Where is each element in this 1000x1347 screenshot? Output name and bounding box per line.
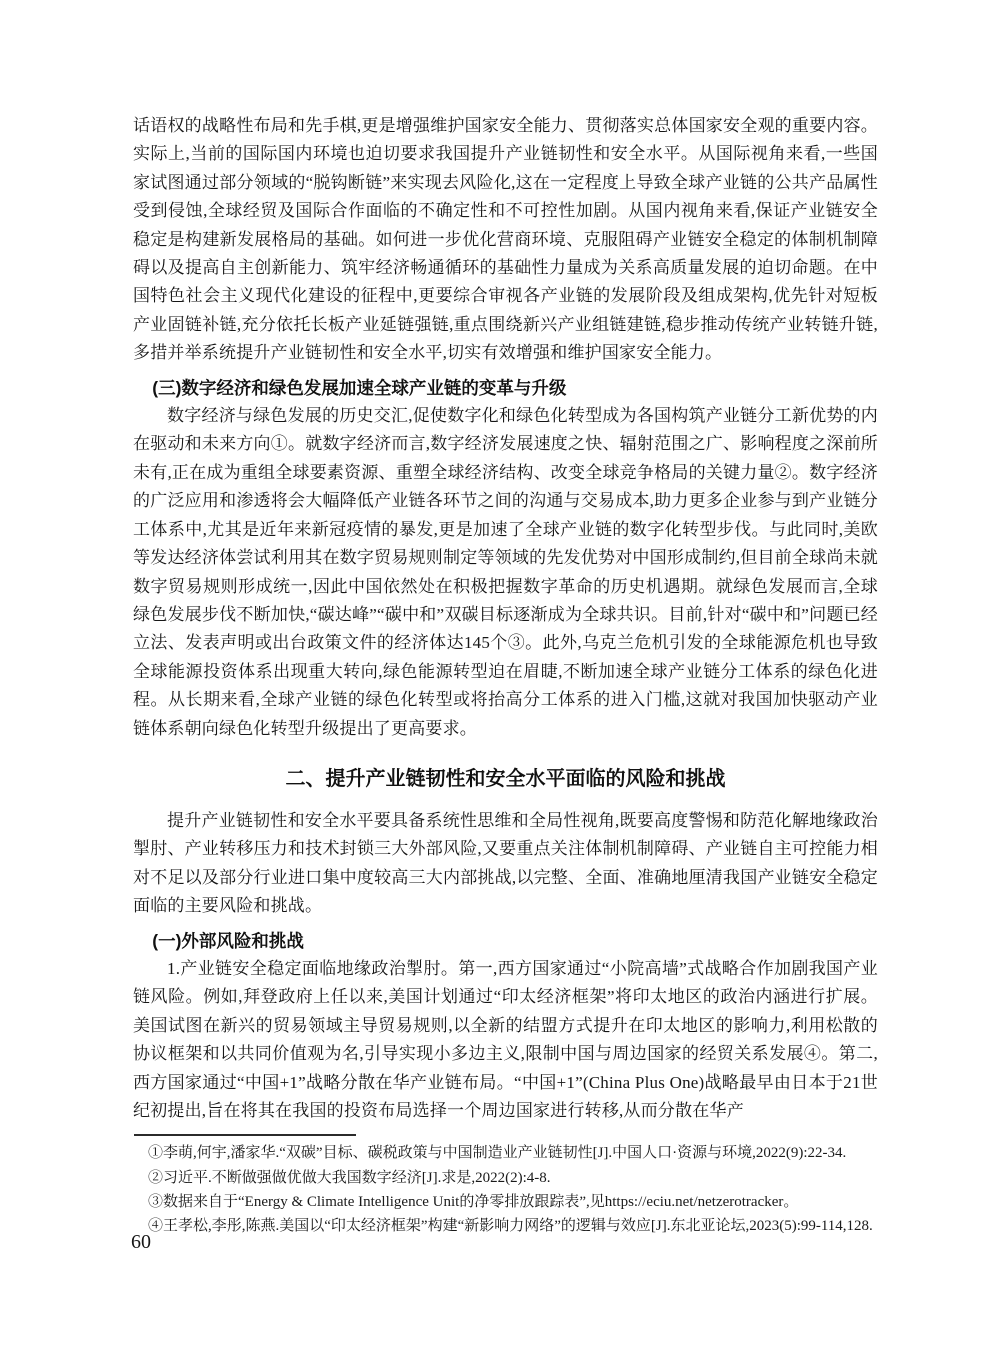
footnote-1: ①李萌,何宇,潘家华.“双碳”目标、碳税政策与中国制造业产业链韧性[J].中国人… xyxy=(133,1141,878,1165)
footnote-4: ④王孝松,李彤,陈燕.美国以“印太经济框架”构建“新影响力网络”的逻辑与效应[J… xyxy=(133,1214,878,1238)
section-heading-risks-challenges: 二、提升产业链韧性和安全水平面临的风险和挑战 xyxy=(133,764,878,794)
subsection-heading-digital-green: (三)数字经济和绿色发展加速全球产业链的变革与升级 xyxy=(133,374,878,402)
footnote-separator xyxy=(134,1134,356,1136)
body-paragraph-digital-green: 数字经济与绿色发展的历史交汇,促使数字化和绿色化转型成为各国构筑产业链分工新优势… xyxy=(133,402,878,743)
body-paragraph-geopolitics: 1.产业链安全稳定面临地缘政治掣肘。第一,西方国家通过“小院高墙”式战略合作加剧… xyxy=(133,955,878,1125)
footnote-3: ③数据来自于“Energy & Climate Intelligence Uni… xyxy=(133,1190,878,1214)
subsection-heading-external-risks: (一)外部风险和挑战 xyxy=(133,927,878,955)
footnote-list: ①李萌,何宇,潘家华.“双碳”目标、碳税政策与中国制造业产业链韧性[J].中国人… xyxy=(133,1141,878,1238)
body-paragraph-continuation: 话语权的战略性布局和先手棋,更是增强维护国家安全能力、贯彻落实总体国家安全观的重… xyxy=(133,112,878,368)
text-block: 话语权的战略性布局和先手棋,更是增强维护国家安全能力、贯彻落实总体国家安全观的重… xyxy=(133,112,878,1238)
footnote-2: ②习近平.不断做强做优做大我国数字经济[J].求是,2022(2):4-8. xyxy=(133,1166,878,1190)
journal-page: 话语权的战略性布局和先手棋,更是增强维护国家安全能力、贯彻落实总体国家安全观的重… xyxy=(0,0,1000,1347)
body-paragraph-risks-overview: 提升产业链韧性和安全水平要具备系统性思维和全局性视角,既要高度警惕和防范化解地缘… xyxy=(133,807,878,921)
page-number: 60 xyxy=(131,1229,151,1255)
